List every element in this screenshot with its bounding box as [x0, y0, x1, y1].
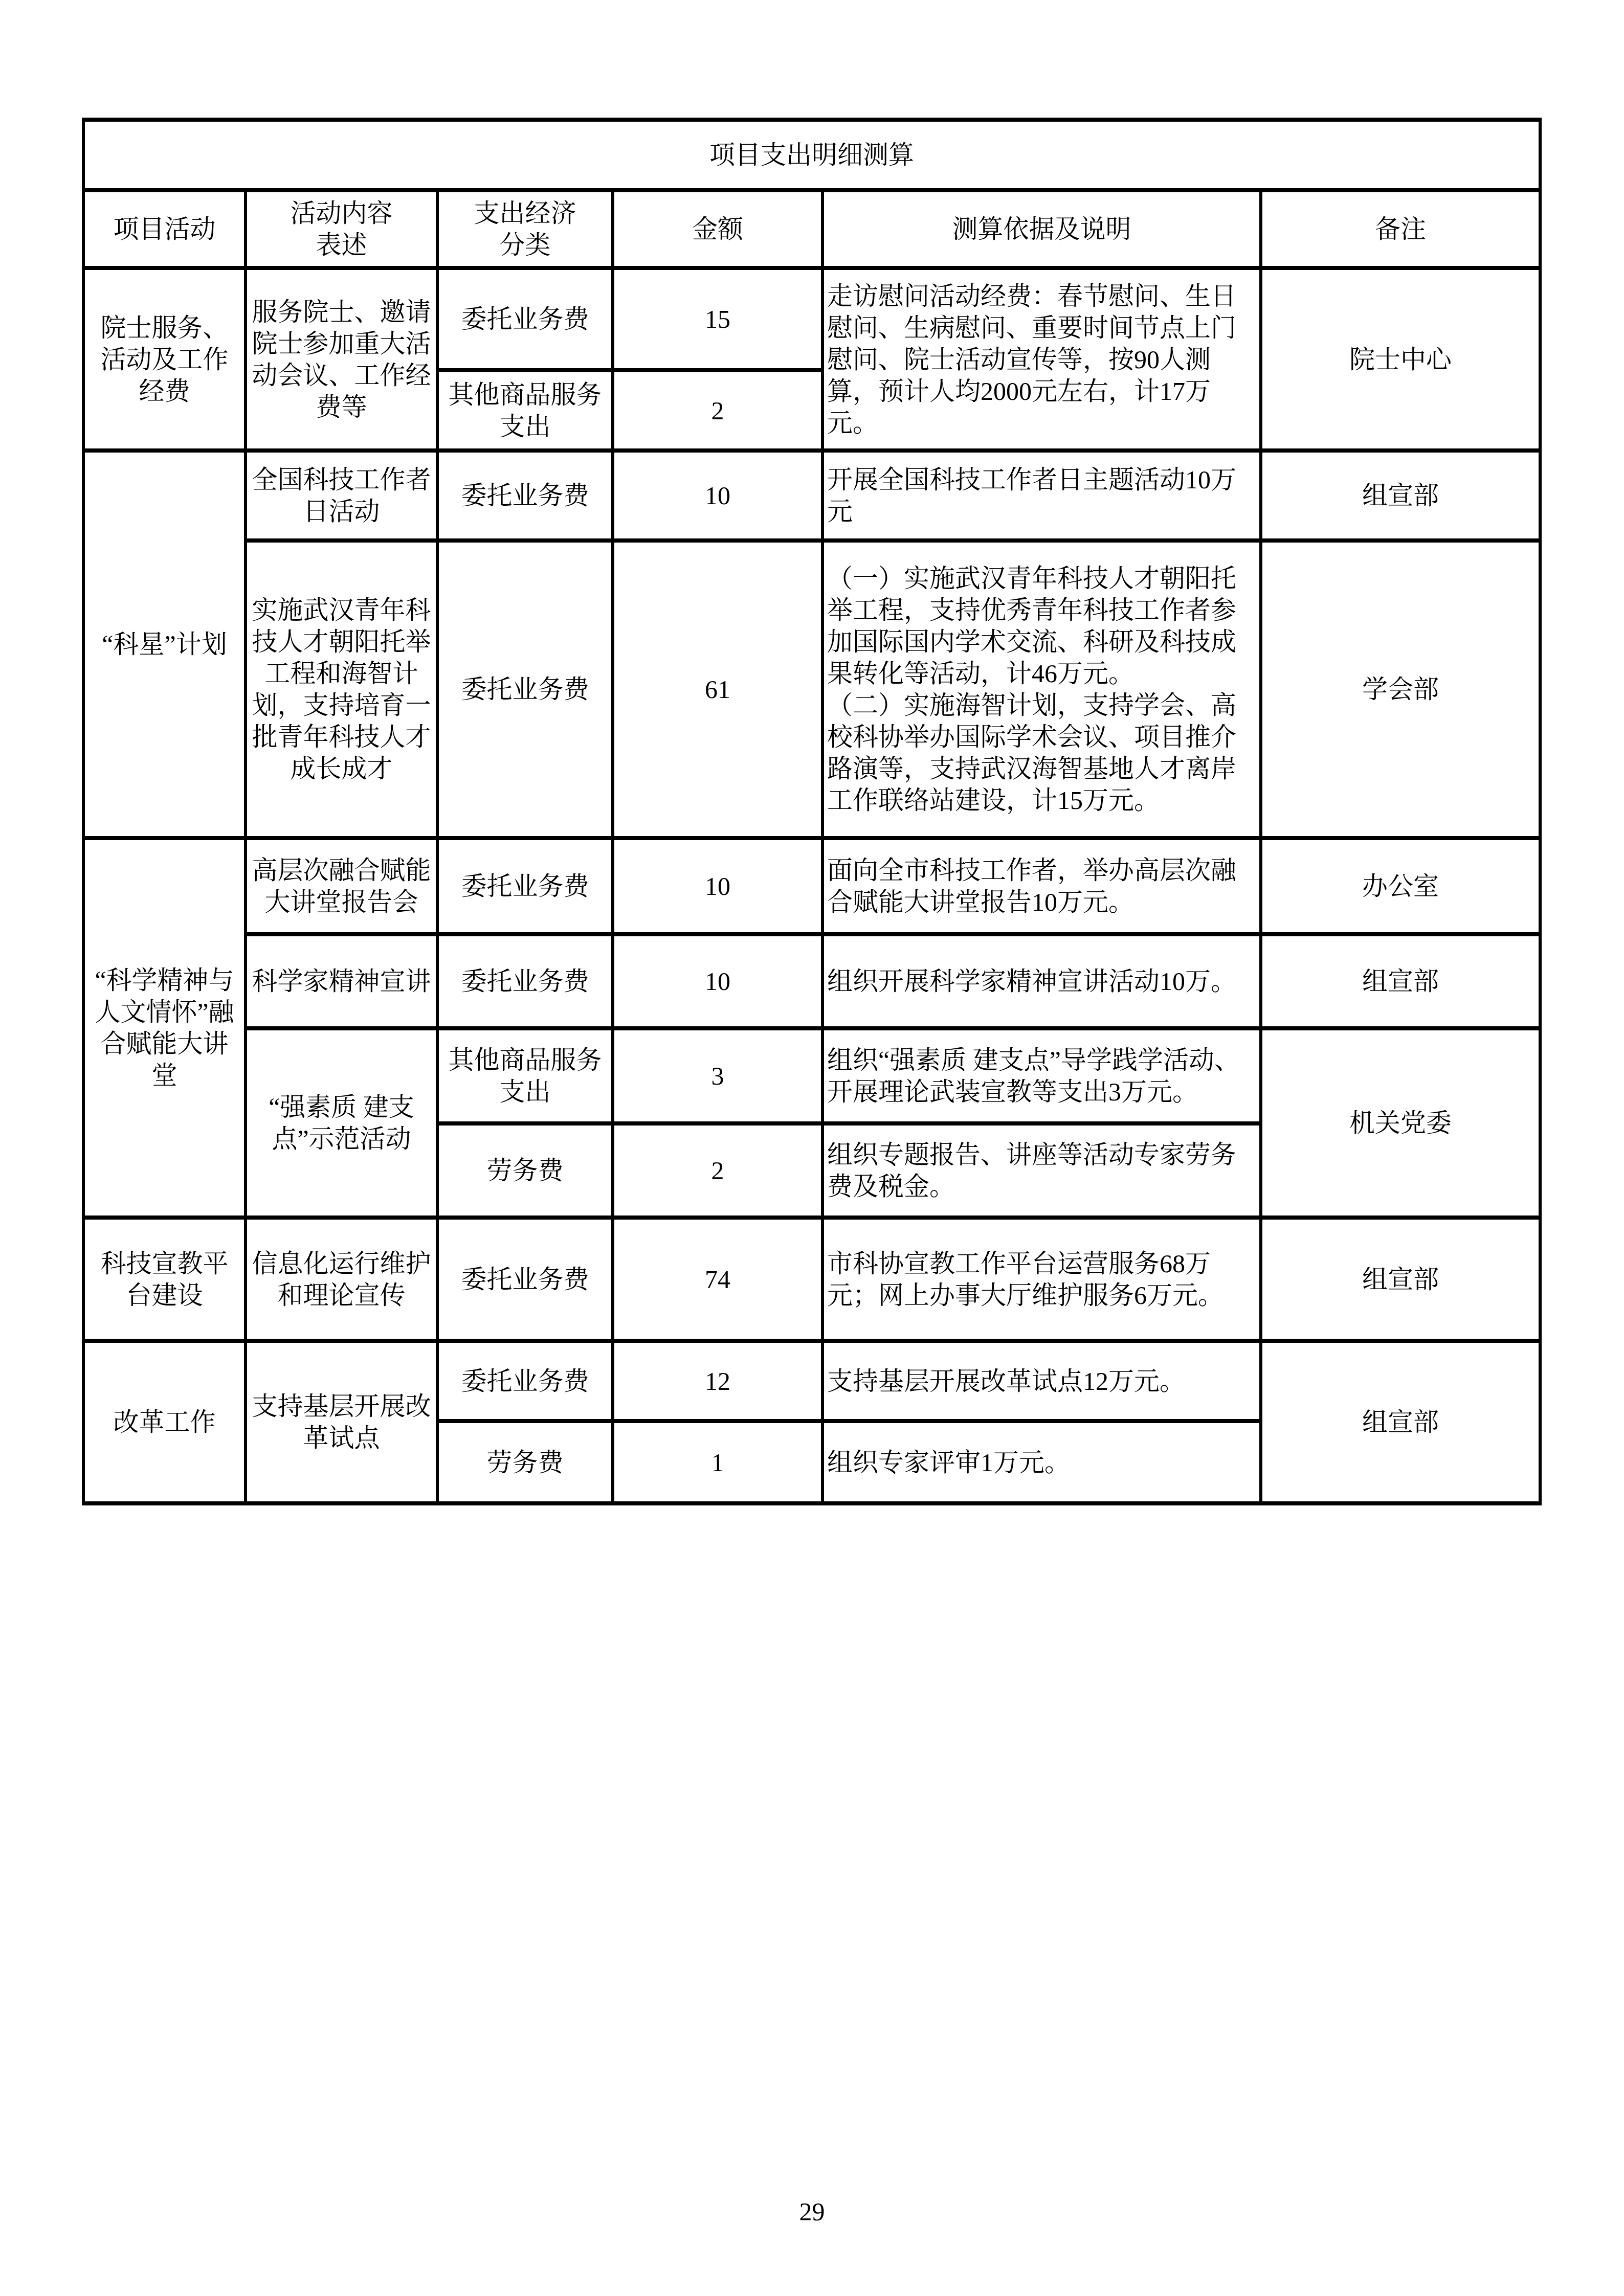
- s3-r2-amount-cell: 10: [613, 934, 822, 1028]
- header-amount: 金额: [613, 190, 822, 268]
- s5-r2-amount-cell: 1: [613, 1421, 822, 1503]
- s2-r1-activity-cell: 全国科技工作者日活动: [246, 451, 437, 541]
- table-row: 实施武汉青年科技人才朝阳托举工程和海智计划，支持培育一批青年科技人才成长成才 委…: [83, 541, 1540, 838]
- s3-r3-category-cell: 其他商品服务支出: [437, 1028, 613, 1123]
- table-row: “科学精神与人文情怀”融合赋能大讲堂 高层次融合赋能大讲堂报告会 委托业务费 1…: [83, 838, 1540, 934]
- s3-r2-activity-cell: 科学家精神宣讲: [246, 934, 437, 1028]
- table-row: “科星”计划 全国科技工作者日活动 委托业务费 10 开展全国科技工作者日主题活…: [83, 451, 1540, 541]
- s4-activity-cell: 信息化运行维护和理论宣传: [246, 1218, 437, 1341]
- table-row: 改革工作 支持基层开展改革试点 委托业务费 12 支持基层开展改革试点12万元。…: [83, 1341, 1540, 1421]
- s1-r2-category-cell: 其他商品服务支出: [437, 370, 613, 451]
- s3-r1-basis-cell: 面向全市科技工作者，举办高层次融合赋能大讲堂报告10万元。: [822, 838, 1261, 934]
- s1-project-cell: 院士服务、活动及工作经费: [83, 268, 246, 451]
- s2-r1-note-cell: 组宣部: [1261, 451, 1540, 541]
- table-row: 科技宣教平台建设 信息化运行维护和理论宣传 委托业务费 74 市科协宣教工作平台…: [83, 1218, 1540, 1341]
- s5-r1-amount-cell: 12: [613, 1341, 822, 1421]
- s3-r3-activity-cell: “强素质 建支点”示范活动: [246, 1028, 437, 1218]
- s4-category-cell: 委托业务费: [437, 1218, 613, 1341]
- s3-note-cell: 机关党委: [1261, 1028, 1540, 1218]
- s5-r1-category-cell: 委托业务费: [437, 1341, 613, 1421]
- s4-project-cell: 科技宣教平台建设: [83, 1218, 246, 1341]
- s5-r1-basis-cell: 支持基层开展改革试点12万元。: [822, 1341, 1261, 1421]
- s3-r2-note-cell: 组宣部: [1261, 934, 1540, 1028]
- s1-note-cell: 院士中心: [1261, 268, 1540, 451]
- s3-r1-amount-cell: 10: [613, 838, 822, 934]
- header-row: 项目活动 活动内容 表述 支出经济 分类 金额 测算依据及说明 备注: [83, 190, 1540, 268]
- s3-r1-category-cell: 委托业务费: [437, 838, 613, 934]
- s3-r2-basis-cell: 组织开展科学家精神宣讲活动10万。: [822, 934, 1261, 1028]
- s2-r2-category-cell: 委托业务费: [437, 541, 613, 838]
- header-basis: 测算依据及说明: [822, 190, 1261, 268]
- s3-r4-basis-cell: 组织专题报告、讲座等活动专家劳务费及税金。: [822, 1123, 1261, 1218]
- table-row: 院士服务、活动及工作经费 服务院士、邀请院士参加重大活动会议、工作经费等 委托业…: [83, 268, 1540, 370]
- s5-r2-basis-cell: 组织专家评审1万元。: [822, 1421, 1261, 1503]
- s2-r2-amount-cell: 61: [613, 541, 822, 838]
- s1-r1-category-cell: 委托业务费: [437, 268, 613, 370]
- s3-r3-amount-cell: 3: [613, 1028, 822, 1123]
- expenditure-table: 项目支出明细测算 项目活动 活动内容 表述 支出经济 分类 金额 测算依据及说明…: [82, 118, 1542, 1505]
- s2-r1-category-cell: 委托业务费: [437, 451, 613, 541]
- s5-project-cell: 改革工作: [83, 1341, 246, 1503]
- s1-r1-amount-cell: 15: [613, 268, 822, 370]
- title-row: 项目支出明细测算: [83, 120, 1540, 190]
- s1-basis-cell: 走访慰问活动经费：春节慰问、生日慰问、生病慰问、重要时间节点上门慰问、院士活动宣…: [822, 268, 1261, 451]
- s2-r1-basis-cell: 开展全国科技工作者日主题活动10万元: [822, 451, 1261, 541]
- s3-project-cell: “科学精神与人文情怀”融合赋能大讲堂: [83, 838, 246, 1218]
- s5-activity-cell: 支持基层开展改革试点: [246, 1341, 437, 1503]
- s2-project-cell: “科星”计划: [83, 451, 246, 838]
- s2-r2-activity-cell: 实施武汉青年科技人才朝阳托举工程和海智计划，支持培育一批青年科技人才成长成才: [246, 541, 437, 838]
- page-number: 29: [0, 2197, 1624, 2226]
- s5-r2-category-cell: 劳务费: [437, 1421, 613, 1503]
- s2-r2-basis-cell: （一）实施武汉青年科技人才朝阳托举工程，支持优秀青年科技工作者参加国际国内学术交…: [822, 541, 1261, 838]
- header-project: 项目活动: [83, 190, 246, 268]
- s5-note-cell: 组宣部: [1261, 1341, 1540, 1503]
- s1-activity-cell: 服务院士、邀请院士参加重大活动会议、工作经费等: [246, 268, 437, 451]
- s3-r3-basis-cell: 组织“强素质 建支点”导学践学活动、开展理论武装宣教等支出3万元。: [822, 1028, 1261, 1123]
- s3-r4-category-cell: 劳务费: [437, 1123, 613, 1218]
- s2-r2-note-cell: 学会部: [1261, 541, 1540, 838]
- s3-r1-note-cell: 办公室: [1261, 838, 1540, 934]
- s4-amount-cell: 74: [613, 1218, 822, 1341]
- header-activity: 活动内容 表述: [246, 190, 437, 268]
- s4-note-cell: 组宣部: [1261, 1218, 1540, 1341]
- s2-r1-amount-cell: 10: [613, 451, 822, 541]
- s1-r2-amount-cell: 2: [613, 370, 822, 451]
- s3-r2-category-cell: 委托业务费: [437, 934, 613, 1028]
- s4-basis-cell: 市科协宣教工作平台运营服务68万元；网上办事大厅维护服务6万元。: [822, 1218, 1261, 1341]
- header-note: 备注: [1261, 190, 1540, 268]
- table-row: “强素质 建支点”示范活动 其他商品服务支出 3 组织“强素质 建支点”导学践学…: [83, 1028, 1540, 1123]
- s3-r4-amount-cell: 2: [613, 1123, 822, 1218]
- header-category: 支出经济 分类: [437, 190, 613, 268]
- table-title: 项目支出明细测算: [83, 120, 1540, 190]
- table-row: 科学家精神宣讲 委托业务费 10 组织开展科学家精神宣讲活动10万。 组宣部: [83, 934, 1540, 1028]
- s3-r1-activity-cell: 高层次融合赋能大讲堂报告会: [246, 838, 437, 934]
